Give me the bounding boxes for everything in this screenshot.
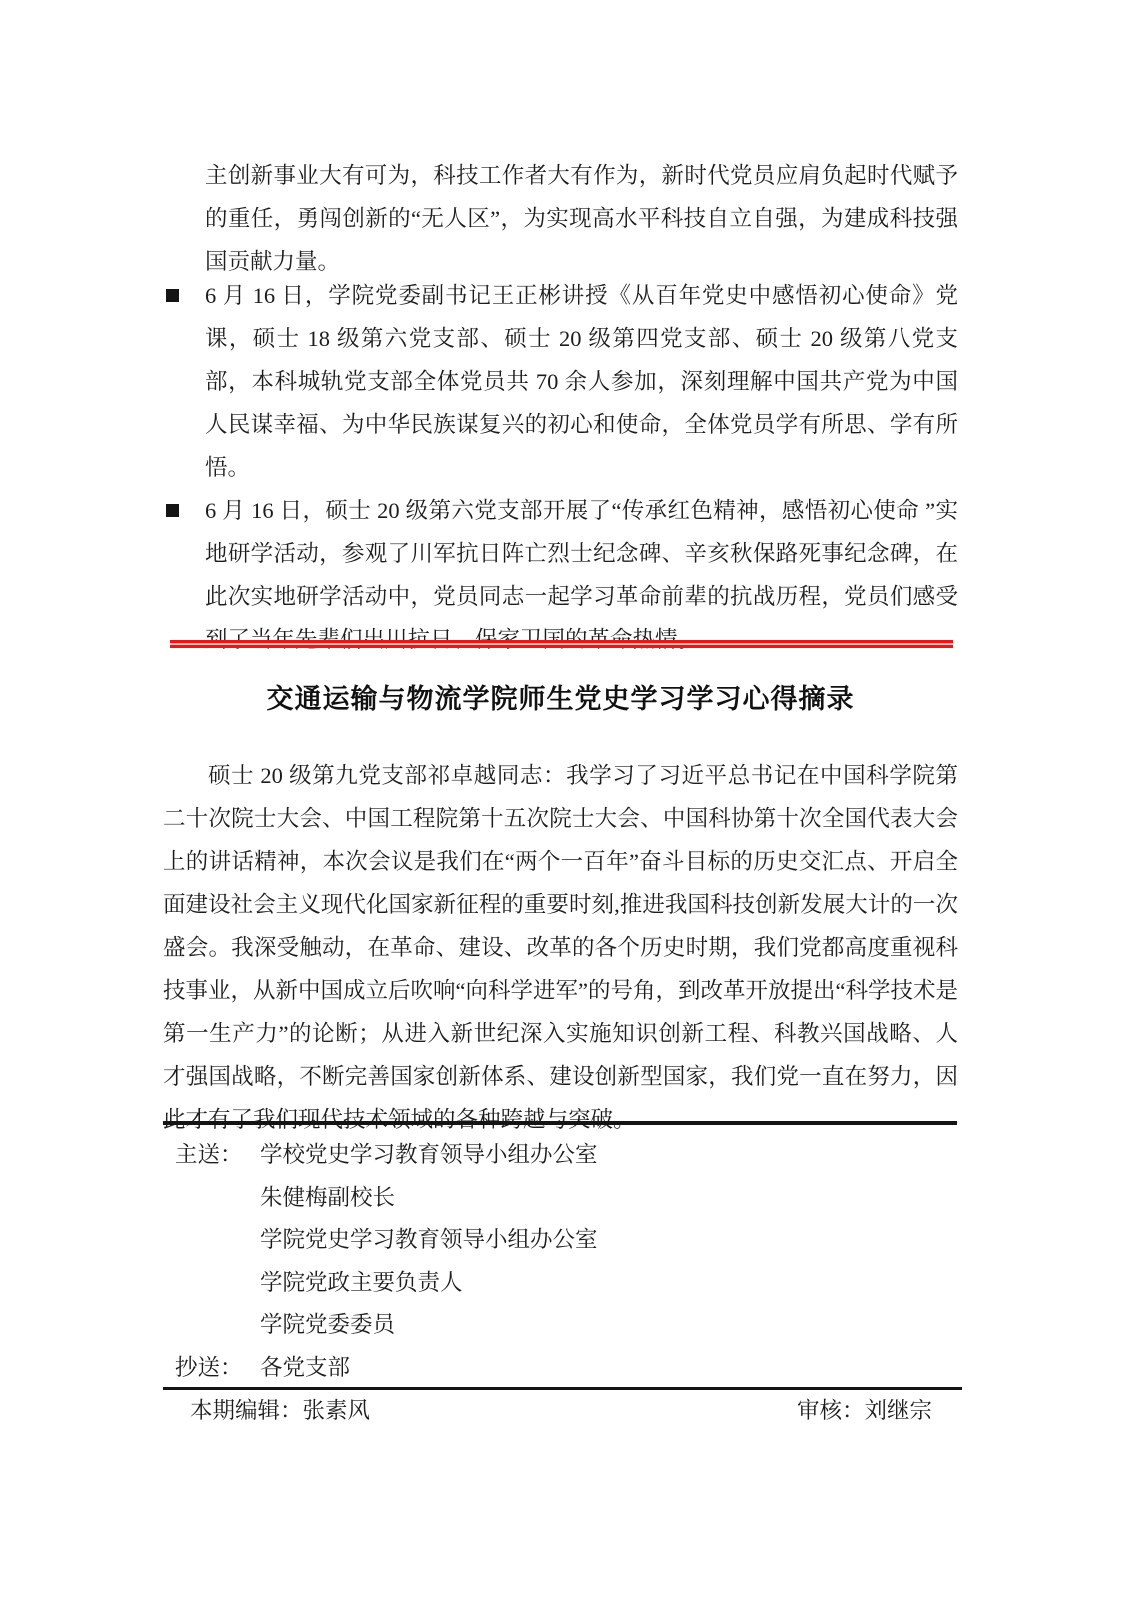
distribution-label: 抄送： bbox=[175, 1347, 260, 1390]
distribution-value: 学院党政主要负责人 bbox=[260, 1262, 958, 1305]
editor-name: 张素风 bbox=[303, 1398, 371, 1423]
editor-label: 本期编辑： bbox=[190, 1398, 303, 1423]
news-item-text: 6 月 16 日，学院党委副书记王正彬讲授《从百年党史中感悟初心使命》党课，硕士… bbox=[205, 283, 958, 480]
continuation-paragraph: 主创新事业大有可为，科技工作者大有作为，新时代党员应肩负起时代赋予的重任，勇闯创… bbox=[205, 154, 958, 283]
footer-rule bbox=[163, 1387, 962, 1390]
distribution-label bbox=[175, 1262, 260, 1305]
reviewer-name: 刘继宗 bbox=[865, 1398, 933, 1423]
document-page: 主创新事业大有可为，科技工作者大有作为，新时代党员应肩负起时代赋予的重任，勇闯创… bbox=[0, 0, 1131, 1600]
distribution-row: 抄送： 各党支部 bbox=[175, 1347, 958, 1390]
distribution-list: 主送： 学校党史学习教育领导小组办公室 朱健梅副校长 学院党史学习教育领导小组办… bbox=[175, 1134, 958, 1389]
news-item: 6 月 16 日，学院党委副书记王正彬讲授《从百年党史中感悟初心使命》党课，硕士… bbox=[163, 274, 958, 489]
footer-editor: 本期编辑：张素风 bbox=[190, 1396, 370, 1426]
red-double-divider bbox=[170, 640, 953, 648]
news-item-text: 6 月 16 日，硕士 20 级第六党支部开展了“传承红色精神，感悟初心使命 ”… bbox=[205, 498, 958, 652]
news-bullet-list: 6 月 16 日，学院党委副书记王正彬讲授《从百年党史中感悟初心使命》党课，硕士… bbox=[163, 274, 958, 661]
distribution-label bbox=[175, 1304, 260, 1347]
news-item: 6 月 16 日，硕士 20 级第六党支部开展了“传承红色精神，感悟初心使命 ”… bbox=[163, 489, 958, 661]
distribution-row: 朱健梅副校长 bbox=[175, 1177, 958, 1220]
distribution-top-rule bbox=[163, 1121, 957, 1125]
distribution-row: 主送： 学校党史学习教育领导小组办公室 bbox=[175, 1134, 958, 1177]
distribution-label bbox=[175, 1177, 260, 1220]
red-divider-bottom-line bbox=[170, 645, 953, 648]
distribution-value: 学院党委委员 bbox=[260, 1304, 958, 1347]
bullet-square-icon bbox=[166, 289, 179, 302]
distribution-row: 学院党政主要负责人 bbox=[175, 1262, 958, 1305]
distribution-value: 学校党史学习教育领导小组办公室 bbox=[260, 1134, 958, 1177]
distribution-value: 学院党史学习教育领导小组办公室 bbox=[260, 1219, 958, 1262]
distribution-row: 学院党委委员 bbox=[175, 1304, 958, 1347]
distribution-row: 学院党史学习教育领导小组办公室 bbox=[175, 1219, 958, 1262]
bullet-square-icon bbox=[166, 504, 179, 517]
distribution-value: 各党支部 bbox=[260, 1347, 958, 1390]
reviewer-label: 审核： bbox=[797, 1398, 865, 1423]
distribution-label bbox=[175, 1219, 260, 1262]
distribution-label: 主送： bbox=[175, 1134, 260, 1177]
section-title: 交通运输与物流学院师生党史学习学习心得摘录 bbox=[163, 679, 958, 719]
distribution-value: 朱健梅副校长 bbox=[260, 1177, 958, 1220]
footer-reviewer: 审核：刘继宗 bbox=[797, 1396, 932, 1426]
essay-paragraph: 硕士 20 级第九党支部祁卓越同志：我学习了习近平总书记在中国科学院第二十次院士… bbox=[163, 754, 958, 1141]
